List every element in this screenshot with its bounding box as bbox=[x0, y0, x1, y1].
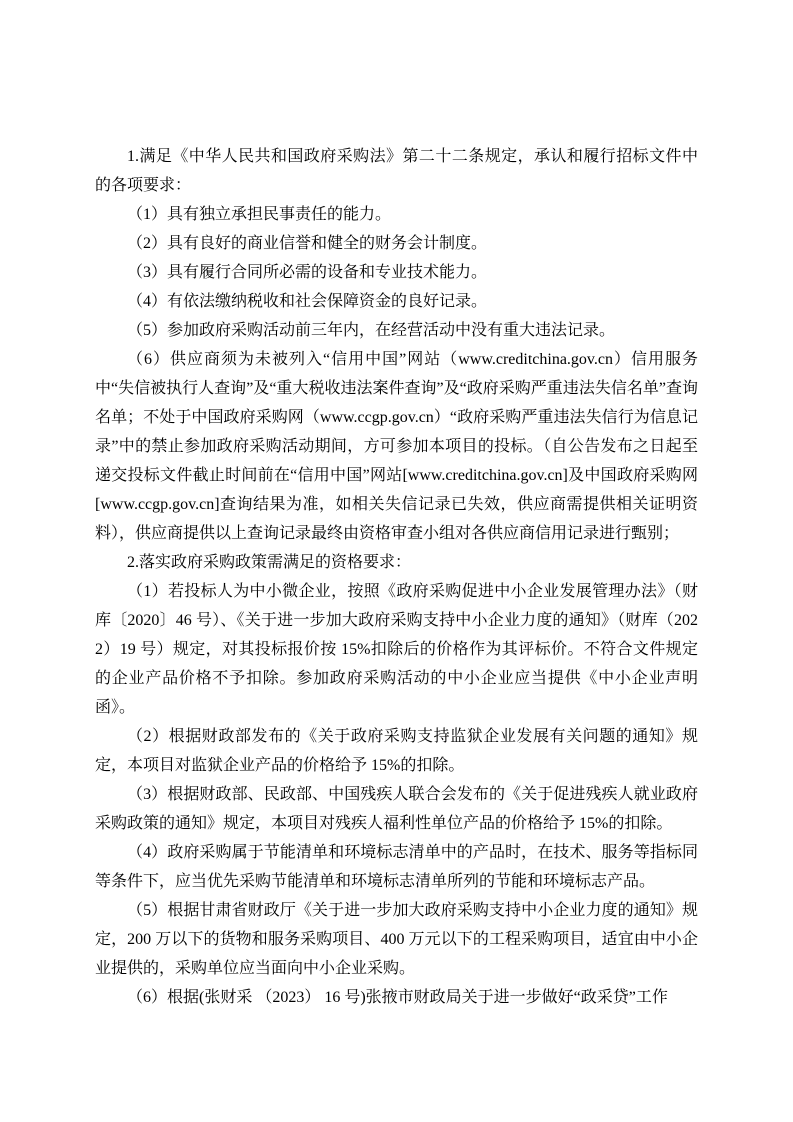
paragraph-item-1-6: （6）供应商须为未被列入“信用中国”网站（www.creditchina.gov… bbox=[95, 345, 698, 548]
paragraph-item-1-1: （1）具有独立承担民事责任的能力。 bbox=[95, 200, 698, 229]
paragraph-item-2-5: （5）根据甘肃省财政厅《关于进一步加大政府采购支持中小企业力度的通知》规定，20… bbox=[95, 896, 698, 983]
paragraph-item-2-2: （2）根据财政部发布的《关于政府采购支持监狱企业发展有关问题的通知》规定，本项目… bbox=[95, 722, 698, 780]
paragraph-item-1-4: （4）有依法缴纳税收和社会保障资金的良好记录。 bbox=[95, 287, 698, 316]
paragraph-item-1-5: （5）参加政府采购活动前三年内，在经营活动中没有重大违法记录。 bbox=[95, 316, 698, 345]
paragraph-item-2-1: （1）若投标人为中小微企业，按照《政府采购促进中小企业发展管理办法》（财库〔20… bbox=[95, 577, 698, 722]
paragraph-item-2-3: （3）根据财政部、民政部、中国残疾人联合会发布的《关于促进残疾人就业政府采购政策… bbox=[95, 780, 698, 838]
paragraph-intro-2: 2.落实政府采购政策需满足的资格要求： bbox=[95, 548, 698, 577]
paragraph-intro-1: 1.满足《中华人民共和国政府采购法》第二十二条规定，承认和履行招标文件中的各项要… bbox=[95, 142, 698, 200]
document-page: 1.满足《中华人民共和国政府采购法》第二十二条规定，承认和履行招标文件中的各项要… bbox=[0, 0, 793, 1122]
paragraph-item-1-3: （3）具有履行合同所必需的设备和专业技术能力。 bbox=[95, 258, 698, 287]
document-content: 1.满足《中华人民共和国政府采购法》第二十二条规定，承认和履行招标文件中的各项要… bbox=[95, 142, 698, 1012]
paragraph-item-2-4: （4）政府采购属于节能清单和环境标志清单中的产品时，在技术、服务等指标同等条件下… bbox=[95, 838, 698, 896]
paragraph-item-2-6: （6）根据(张财采 （2023） 16 号)张掖市财政局关于进一步做好“政采贷”… bbox=[95, 983, 698, 1012]
paragraph-item-1-2: （2）具有良好的商业信誉和健全的财务会计制度。 bbox=[95, 229, 698, 258]
